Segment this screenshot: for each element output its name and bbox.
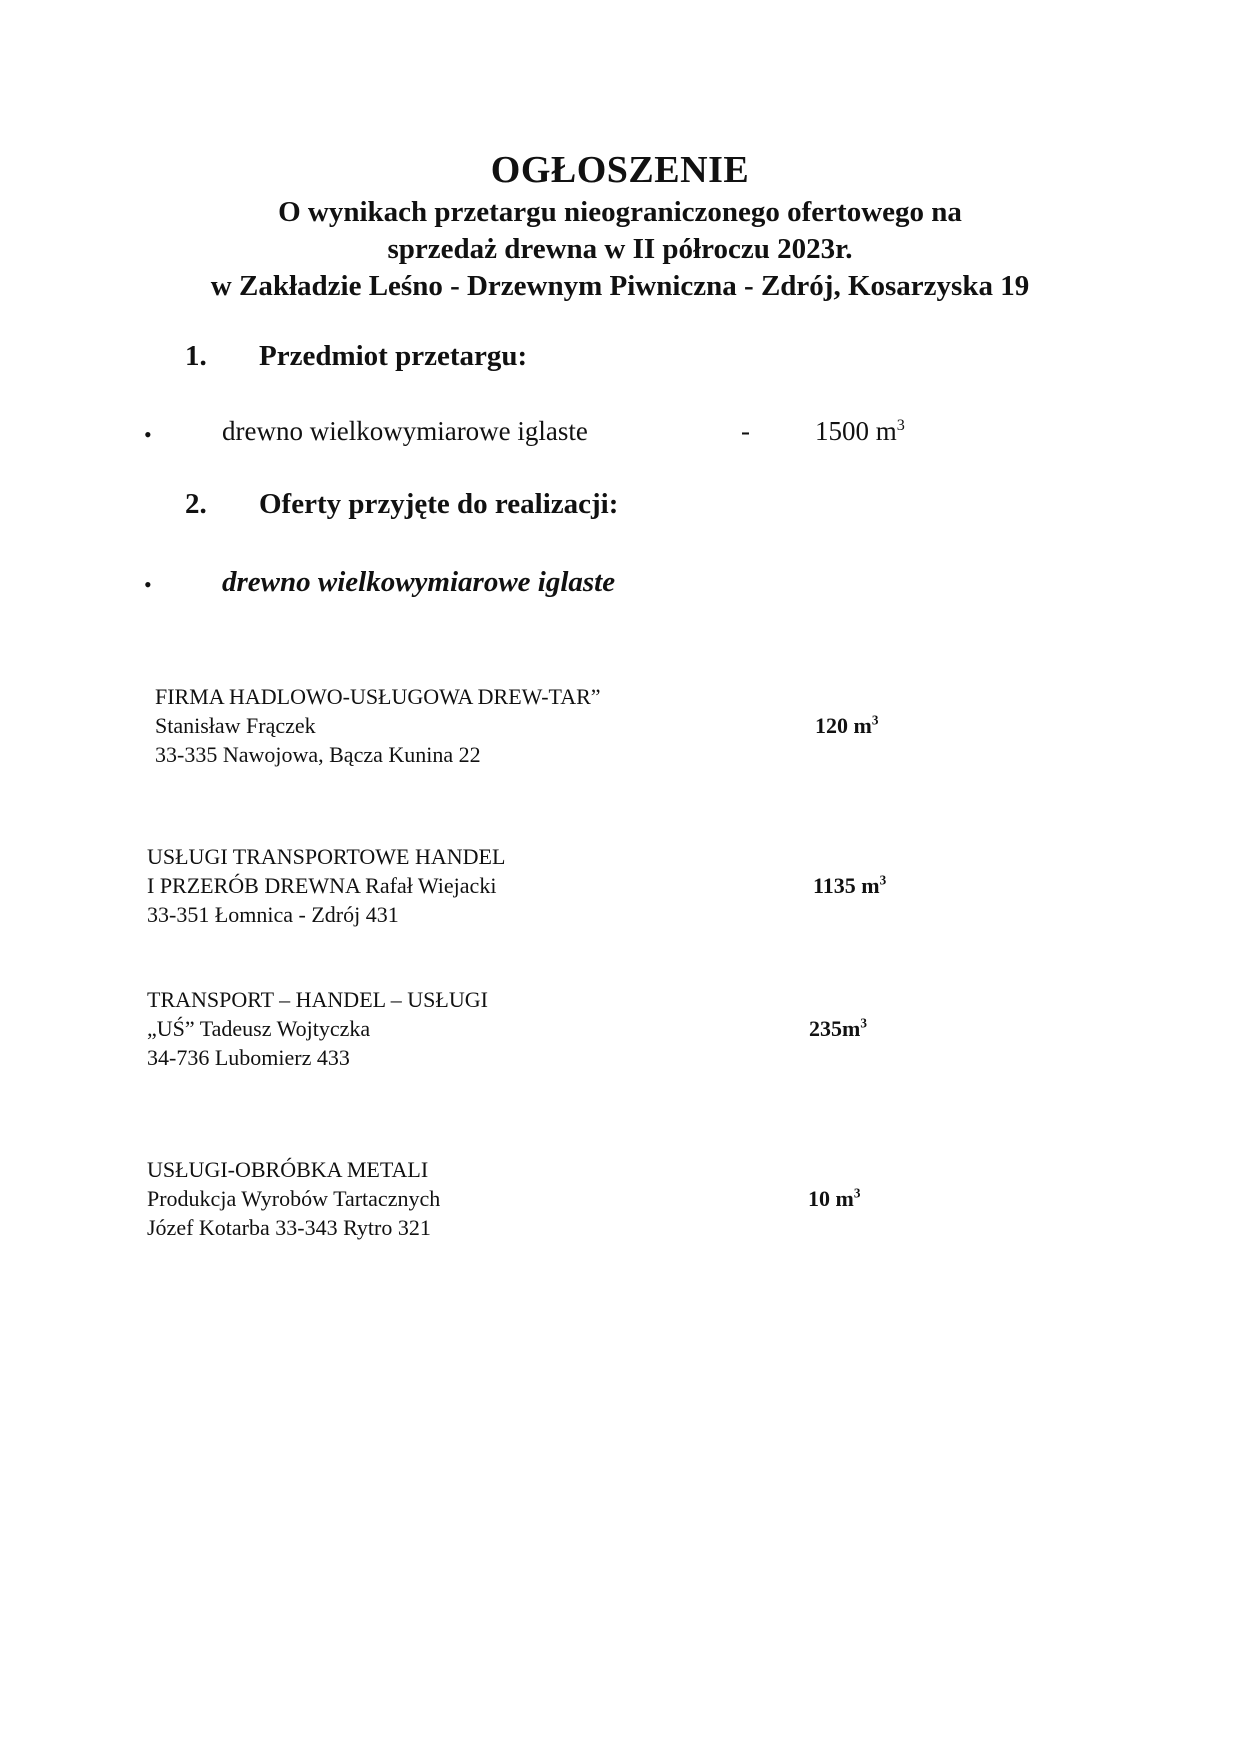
bullet-icon: • [144,422,152,448]
offer-firm: TRANSPORT – HANDEL – USŁUGI „UŚ” Tadeusz… [147,985,488,1072]
unit-exponent: 3 [872,713,879,728]
firm-address-line: Józef Kotarba 33-343 Rytro 321 [147,1213,440,1242]
section-1-title: Przedmiot przetargu: [259,340,527,373]
offers-item-label: drewno wielkowymiarowe iglaste [222,566,615,599]
firm-owner-line: Produkcja Wyrobów Tartacznych [147,1184,440,1213]
quantity-value: 120 m [815,713,872,738]
firm-name-line: FIRMA HADLOWO-USŁUGOWA DREW-TAR” [155,682,601,711]
section-2-number: 2. [185,488,207,521]
quantity-value: 235m [809,1016,860,1041]
section-1-number: 1. [185,340,207,373]
subtitle-line-2: sprzedaż drewna w II półroczu 2023r. [0,233,1240,266]
offer-quantity: 1135 m3 [813,873,886,899]
firm-owner-line: Stanisław Frączek [155,711,601,740]
firm-name-line: USŁUGI-OBRÓBKA METALI [147,1155,440,1184]
offer-quantity: 10 m3 [808,1186,860,1212]
firm-name-line: USŁUGI TRANSPORTOWE HANDEL [147,842,505,871]
offer-quantity: 235m3 [809,1016,867,1042]
section-2-title: Oferty przyjęte do realizacji: [259,488,618,521]
unit-exponent: 3 [897,416,905,434]
unit-exponent: 3 [860,1016,867,1031]
offer-quantity: 120 m3 [815,713,878,739]
unit-exponent: 3 [854,1186,861,1201]
firm-owner-line: „UŚ” Tadeusz Wojtyczka [147,1014,488,1043]
document-title: OGŁOSZENIE [0,148,1240,192]
bullet-icon: • [144,572,152,598]
firm-name-line: TRANSPORT – HANDEL – USŁUGI [147,985,488,1014]
offer-firm: USŁUGI TRANSPORTOWE HANDEL I PRZERÓB DRE… [147,842,505,929]
subject-item-label: drewno wielkowymiarowe iglaste [222,416,588,447]
firm-address-line: 33-351 Łomnica - Zdrój 431 [147,900,505,929]
quantity-value: 1500 m [815,416,897,446]
firm-owner-line: I PRZERÓB DREWNA Rafał Wiejacki [147,871,505,900]
firm-address-line: 34-736 Lubomierz 433 [147,1043,488,1072]
offer-firm: USŁUGI-OBRÓBKA METALI Produkcja Wyrobów … [147,1155,440,1242]
quantity-value: 1135 m [813,873,880,898]
firm-address-line: 33-335 Nawojowa, Bącza Kunina 22 [155,740,601,769]
subtitle-line-3: w Zakładzie Leśno - Drzewnym Piwniczna -… [0,270,1240,303]
offer-firm: FIRMA HADLOWO-USŁUGOWA DREW-TAR” Stanisł… [155,682,601,769]
quantity-value: 10 m [808,1186,854,1211]
subtitle-line-1: O wynikach przetargu nieograniczonego of… [0,196,1240,229]
subject-item-dash: - [741,416,750,447]
unit-exponent: 3 [880,873,887,888]
subject-item-quantity: 1500 m3 [815,416,905,447]
